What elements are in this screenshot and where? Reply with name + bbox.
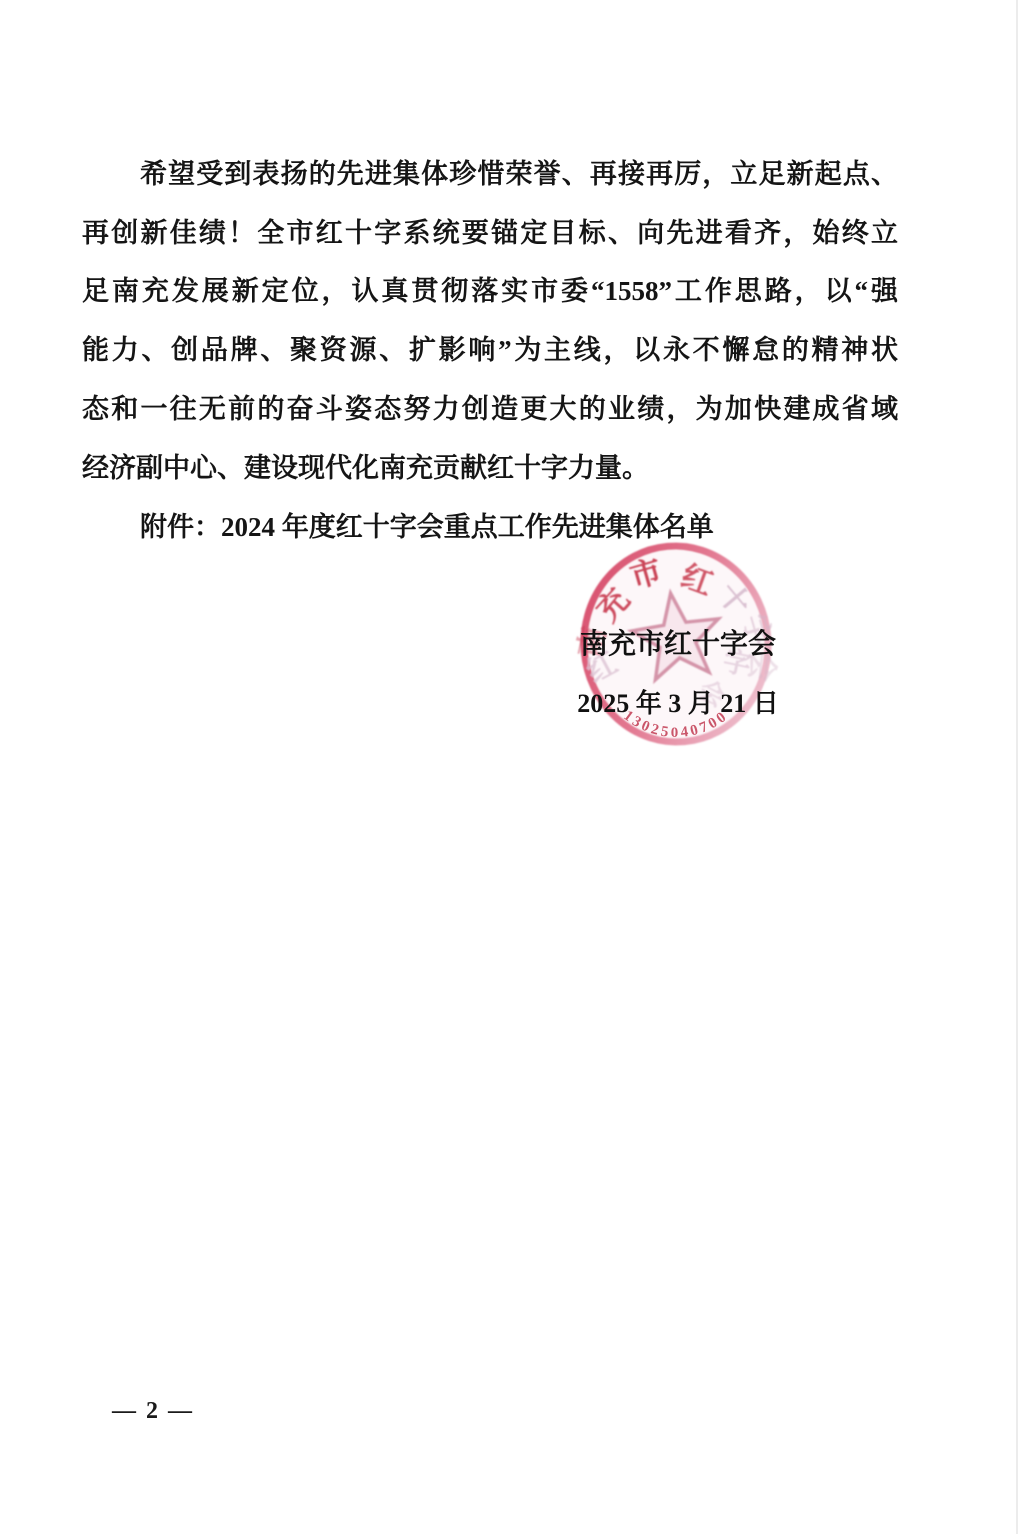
body-line-5: 态和一往无前的奋斗姿态努力创造更大的业绩，为加快建成省域 bbox=[82, 393, 898, 426]
body-line-3: 足南充发展新定位，认真贯彻落实市委“1558”工作思路，以“强 bbox=[82, 275, 898, 308]
page-number: — 2 — bbox=[112, 1398, 194, 1425]
body-line-1: 希望受到表扬的先进集体珍惜荣誉、再接再厉，立足新起点、 bbox=[140, 158, 898, 191]
signature-date: 2025 年 3 月 21 日 bbox=[546, 683, 810, 720]
body-line-6: 经济副中心、建设现代化南充贡献红十字力量。 bbox=[82, 452, 649, 485]
attachment-line: 附件：2024 年度红十字会重点工作先进集体名单 bbox=[140, 511, 714, 544]
signature-org-name: 南充市红十字会 bbox=[546, 622, 810, 662]
body-line-2: 再创新佳绩！全市红十字系统要锚定目标、向先进看齐，始终立 bbox=[82, 217, 898, 250]
body-line-4: 能力、创品牌、聚资源、扩影响”为主线，以永不懈怠的精神状 bbox=[82, 334, 898, 367]
document-page: 南 充 市 红 十 字 会 红 字 会 13025040700 希望受到表扬的先… bbox=[0, 0, 1024, 1534]
